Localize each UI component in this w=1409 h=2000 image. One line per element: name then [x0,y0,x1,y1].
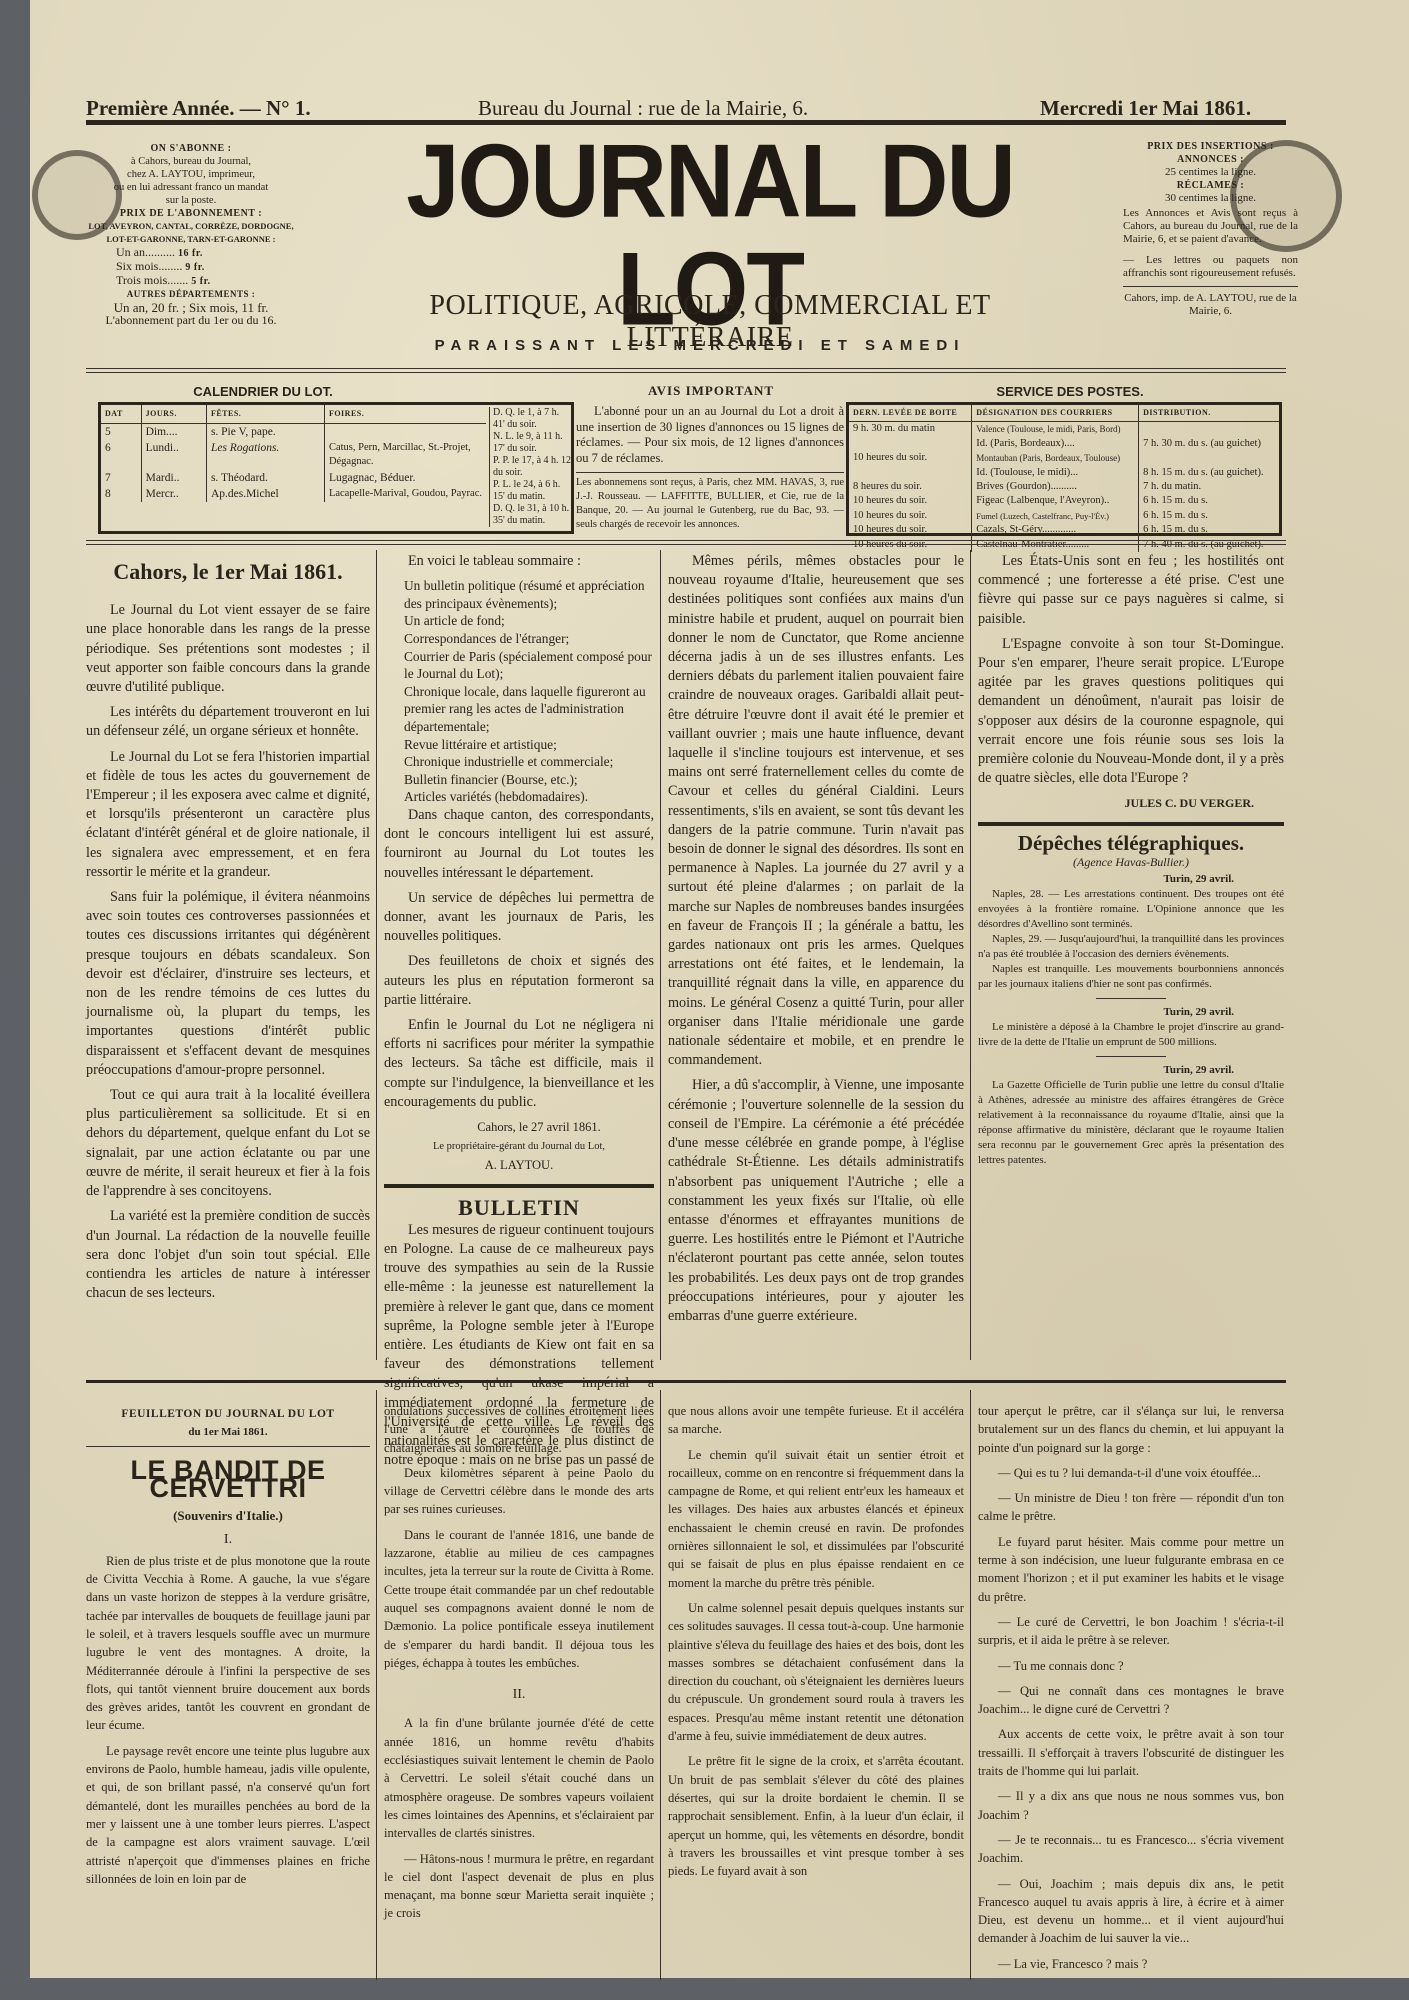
depeche-paragraph: Naples est tranquille. Les mouvements bo… [978,962,1284,992]
editorial-paragraph: Des feuilletons de choix et signés des a… [384,952,654,1010]
avis-paris: Les abonnemens sont reçus, à Paris, chez… [576,472,844,532]
moon-phase: P. L. le 24, à 6 h. 15' du matin. [493,479,573,503]
summary-item: Articles variétés (hebdomadaires). [404,788,654,806]
calendar-col-header: DAT [101,405,141,424]
newspaper-page: Première Année. — N° 1. Bureau du Journa… [30,0,1409,1978]
postes-row: Id. (Paris, Bordeaux)....7 h. 30 m. du s… [849,437,1279,451]
chapter-number: I. [86,1531,370,1549]
subscription-title: ON S'ABONNE : [151,143,232,154]
calendar-title: CALENDRIER DU LOT. [98,384,428,399]
bureau-address: Bureau du Journal : rue de la Mairie, 6. [478,96,808,121]
summary-item: Chronique locale, dans laquelle figurero… [404,683,654,736]
feuilleton-title: LE BANDIT DE CERVETTRI [86,1461,370,1498]
editorial-paragraph: Le Journal du Lot se fera l'historien im… [86,748,370,882]
editorial-paragraph: Sans fuir la polémique, il évitera néanm… [86,888,370,1080]
feuilleton-paragraph: — Le curé de Cervettri, le bon Joachim !… [978,1613,1284,1650]
bulletin-column-2: Les États-Unis sont en feu ; les hostili… [978,552,1284,1168]
postes-table: DERN. LEVÉE DE BOITE DÉSIGNATION DES COU… [846,402,1282,536]
issue-date: Mercredi 1er Mai 1861. [1040,96,1251,121]
column-rule [376,1390,377,1980]
editorial-column: Cahors, le 1er Mai 1861. Le Journal du L… [86,556,370,1309]
other-departments-title: AUTRES DÉPARTEMENTS : [127,289,256,299]
library-stamp-icon [1230,140,1342,252]
subscription-box: ON S'ABONNE : à Cahors, bureau du Journa… [86,142,296,327]
editorial-paragraph: La variété est la première condition de … [86,1207,370,1303]
calendar-row: 6Lundi..Les Rogations.Catus, Pern, Marci… [101,440,486,470]
feuilleton-date: du 1er Mai 1861. [86,1423,370,1446]
editorial-column-2: En voici le tableau sommaire : Un bullet… [384,552,654,1477]
bulletin-paragraph: Hier, a dû s'accomplir, à Vienne, une im… [668,1076,964,1326]
feuilleton-paragraph: — Tu me connais donc ? [978,1657,1284,1675]
feuilleton-paragraph: — Un ministre de Dieu ! ton frère — répo… [978,1489,1284,1526]
calendar-row: 8Mercr..Ap.des.MichelLacapelle-Marival, … [101,486,486,502]
column-rule [660,1390,661,1980]
summary-item: Chronique industrielle et commerciale; [404,753,654,771]
depeche-paragraph: Naples, 29. — Jusqu'aujourd'hui, la tran… [978,932,1284,962]
feuilleton-subtitle: (Souvenirs d'Italie.) [86,1507,370,1525]
feuilleton-paragraph: ondulations successives de collines étro… [384,1402,654,1457]
subscription-start: L'abonnement part du 1er ou du 16. [86,314,296,327]
postes-row: 8 heures du soir.Brives (Gourdon).......… [849,480,1279,494]
calendar-col-header: FOIRES. [324,405,486,424]
feuilleton-paragraph: Aux accents de cette voix, le prêtre ava… [978,1725,1284,1780]
postes-row: 9 h. 30 m. du matinValence (Toulouse, le… [849,422,1279,437]
column-rule [970,1390,971,1980]
editorial-paragraph: Les intérêts du département trouveront e… [86,703,370,741]
feuilleton-paragraph: Le fuyard parut hésiter. Mais comme pour… [978,1533,1284,1606]
chapter-number: II. [384,1686,654,1704]
depeche-dateline: Turin, 29 avril. [978,1063,1284,1078]
divider [1096,1056,1166,1057]
feuilleton-header: FEUILLETON DU JOURNAL DU LOT [86,1405,370,1423]
price-row: Six mois........ 9 fr. [116,260,296,274]
divider [978,822,1284,826]
postes-row: 10 heures du soir.Figeac (Lalbenque, l'A… [849,494,1279,508]
postes-row: 10 heures du soir.Montauban (Paris, Bord… [849,451,1279,465]
editorial-paragraph: Le Journal du Lot vient essayer de se fa… [86,601,370,697]
feuilleton-paragraph: — Oui, Joachim ; mais depuis dix ans, le… [978,1875,1284,1948]
feuilleton-paragraph: que nous allons avoir une tempête furieu… [668,1402,964,1439]
summary-intro: En voici le tableau sommaire : [384,552,654,571]
divider [86,372,1286,373]
feuilleton-paragraph: Le chemin qu'il suivait était un sentier… [668,1446,964,1592]
letters-notice: — Les lettres ou paquets non affranchis … [1123,254,1298,280]
summary-item: Un article de fond; [404,612,654,630]
moon-phase: D. Q. le 1, à 7 h. 41' du soir. [493,407,573,431]
divider [384,1184,654,1188]
divider [86,544,1286,545]
depeches-title: Dépêches télégraphiques. [978,834,1284,853]
calendar-row: 5Dim....s. Pie V, pape. [101,424,486,441]
editorial-paragraph: Tout ce qui aura trait à la localité éve… [86,1086,370,1201]
summary-item: Bulletin financier (Bourse, etc.); [404,771,654,789]
bulletin-paragraph: Les États-Unis sont en feu ; les hostili… [978,552,1284,629]
feuilleton-paragraph: Dans le courant de l'année 1816, une ban… [384,1526,654,1672]
summary-item: Courrier de Paris (spécialement composé … [404,648,654,683]
price-row: Trois mois....... 5 fr. [116,274,296,288]
feuilleton-paragraph: — Qui ne connaît dans ces montagnes le b… [978,1682,1284,1719]
column-rule [970,550,971,1360]
annonces-title: ANNONCES : [1177,154,1244,165]
bulletin-paragraph: Mêmes périls, mêmes obstacles pour le no… [668,552,964,1070]
divider [86,368,1286,369]
avis-text: L'abonné pour un an au Journal du Lot a … [576,404,844,466]
publication-frequency: PARAISSANT LES MERCREDI ET SAMEDI [300,337,1100,354]
depeche-paragraph: Naples, 28. — Les arrestations continuen… [978,887,1284,932]
column-rule [660,550,661,1360]
subscription-regions: LOT, AVEYRON, CANTAL, CORRÈZE, DORDOGNE,… [86,220,296,246]
postes-row: 10 heures du soir.Fumel (Luzech, Castelf… [849,509,1279,523]
feuilleton-paragraph: Deux kilomètres séparent à peine Paolo d… [384,1464,654,1519]
moon-phase: D. Q. le 31, à 10 h. 35' du matin. [493,503,573,527]
postes-row: 10 heures du soir.Cazals, St-Géry.......… [849,523,1279,537]
editorial-paragraph: Un service de dépêches lui permettra de … [384,889,654,947]
editorial-paragraph: Dans chaque canton, des correspondants, … [384,806,654,883]
depeches-agency: (Agence Havas-Bullier.) [978,853,1284,872]
avis-title: AVIS IMPORTANT [576,383,846,399]
feuilleton-paragraph: Le prêtre fit le signe de la croix, et s… [668,1752,964,1880]
feuilleton-column: FEUILLETON DU JOURNAL DU LOT du 1er Mai … [86,1405,370,1895]
subscription-line: à Cahors, bureau du Journal, [86,155,296,168]
moon-phase: N. L. le 9, à 11 h. 17' du soir. [493,431,573,455]
feuilleton-paragraph: A la fin d'une brûlante journée d'été de… [384,1714,654,1842]
moon-phase: P. P. le 17, à 4 h. 12' du soir. [493,455,573,479]
feuilleton-rule [86,1380,1286,1383]
postes-col-header: DISTRIBUTION. [1139,405,1279,422]
feuilleton-column-2: ondulations successives de collines étro… [384,1402,654,1930]
feuilleton-paragraph: — Je te reconnais... tu es Francesco... … [978,1831,1284,1868]
feuilleton-paragraph: Rien de plus triste et de plus monotone … [86,1552,370,1735]
postes-col-header: DERN. LEVÉE DE BOITE [849,405,972,422]
moon-phases: D. Q. le 1, à 7 h. 41' du soir. N. L. le… [489,407,573,527]
price-title: PRIX DE L'ABONNEMENT : [120,208,262,219]
divider [86,540,1286,541]
column-rule [376,550,377,1360]
editorial-title: Cahors, le 1er Mai 1861. [86,562,370,581]
feuilleton-column-3: que nous allons avoir une tempête furieu… [668,1402,964,1887]
calendar-col-header: JOURS. [141,405,206,424]
feuilleton-column-4: tour aperçut le prêtre, car il s'élança … [978,1402,1284,1980]
depeche-paragraph: La Gazette Officielle de Turin publie un… [978,1078,1284,1168]
bulletin-title: BULLETIN [384,1198,654,1217]
postes-col-header: DÉSIGNATION DES COURRIERS [972,405,1139,422]
bulletin-column: Mêmes périls, mêmes obstacles pour le no… [668,552,964,1357]
printer-info: Cahors, imp. de A. LAYTOU, rue de la Mai… [1123,286,1298,318]
issue-number: Première Année. — N° 1. [86,96,311,121]
feuilleton-paragraph: Un calme solennel pesait depuis quelques… [668,1599,964,1745]
depeche-dateline: Turin, 29 avril. [978,872,1284,887]
feuilleton-paragraph: — La vie, Francesco ? mais ? [978,1955,1284,1973]
bulletin-signature: JULES C. DU VERGER. [978,794,1284,813]
summary-item: Correspondances de l'étranger; [404,630,654,648]
price-row: Un an.......... 16 fr. [116,246,296,260]
depeche-paragraph: Le ministère a déposé à la Chambre le pr… [978,1020,1284,1050]
feuilleton-paragraph: tour aperçut le prêtre, car il s'élança … [978,1402,1284,1457]
feuilleton-paragraph: — Hâtons-nous ! murmura le prêtre, en re… [384,1850,654,1923]
divider [1096,998,1166,999]
editorial-signature: A. LAYTOU. [384,1156,654,1175]
postes-row: Id. (Toulouse, le midi)...8 h. 15 m. du … [849,466,1279,480]
library-stamp-icon [32,150,122,240]
calendar-row: 7Mardi..s. Théodard.Lugagnac, Béduer. [101,470,486,486]
summary-item: Revue littéraire et artistique; [404,736,654,754]
feuilleton-paragraph: — Qui es tu ? lui demanda-t-il d'une voi… [978,1464,1284,1482]
feuilleton-paragraph: — Il y a dix ans que nous ne nous sommes… [978,1787,1284,1824]
calendar-table: DAT JOURS. FÊTES. FOIRES. 5Dim....s. Pie… [98,402,574,534]
depeche-dateline: Turin, 29 avril. [978,1005,1284,1020]
postes-title: SERVICE DES POSTES. [970,384,1170,399]
editorial-paragraph: Enfin le Journal du Lot ne négligera ni … [384,1016,654,1112]
editorial-place-date: Cahors, le 27 avril 1861. [384,1118,654,1137]
summary-item: Un bulletin politique (résumé et appréci… [404,577,654,612]
bulletin-paragraph: L'Espagne convoite à son tour St-Domingu… [978,635,1284,789]
feuilleton-paragraph: Le paysage revêt encore une teinte plus … [86,1742,370,1888]
signature-role: Le propriétaire-gérant du Journal du Lot… [384,1137,654,1156]
calendar-col-header: FÊTES. [206,405,324,424]
